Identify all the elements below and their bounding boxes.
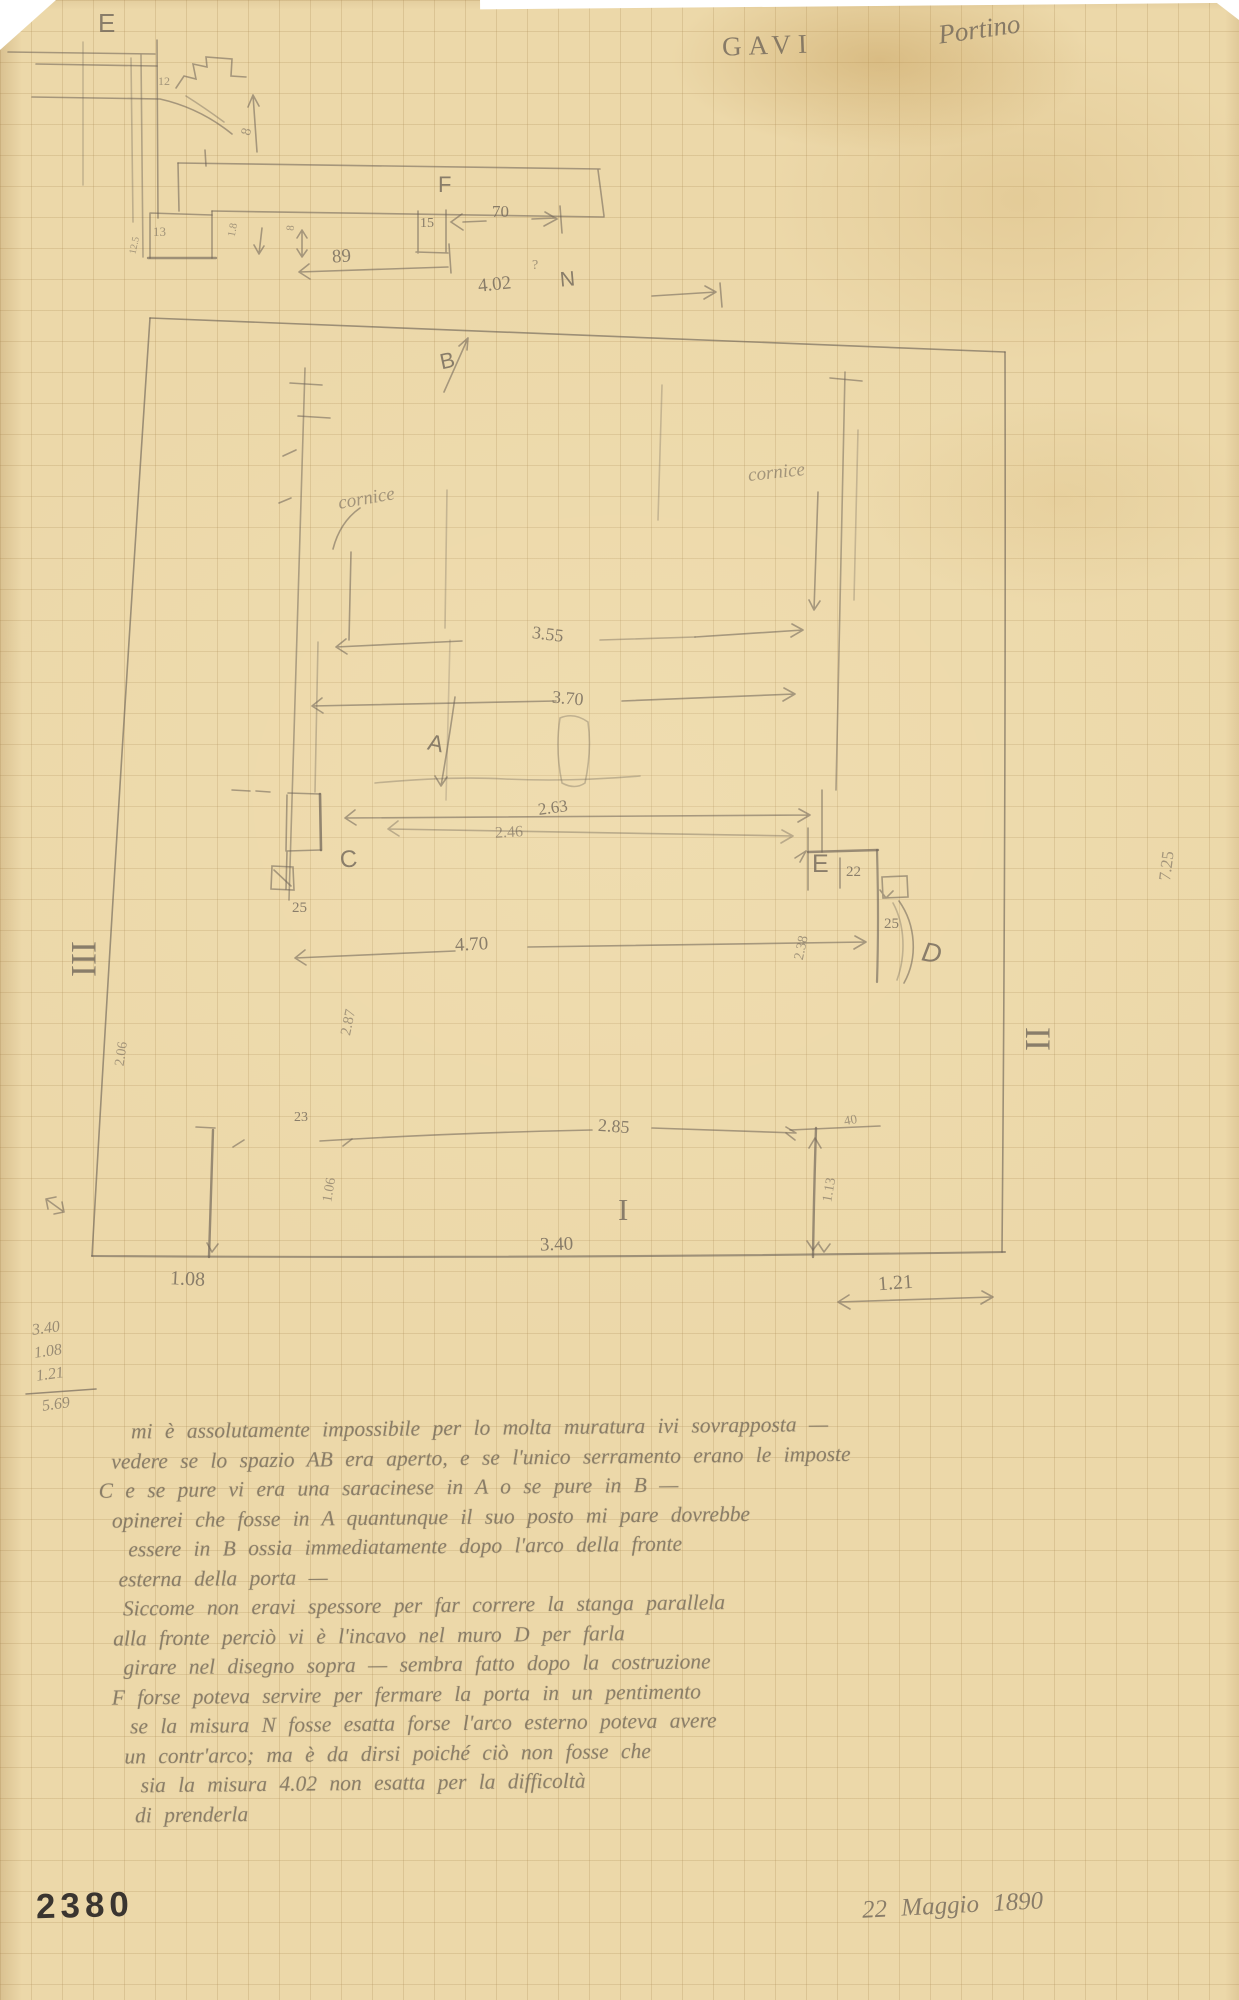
dim-70: 70 — [492, 202, 509, 222]
dim-7-25: 7.25 — [1155, 850, 1178, 882]
title-gavi: GAVI — [721, 28, 814, 62]
sum-addend-2: 1.08 — [33, 1341, 63, 1363]
dim-4-70: 4.70 — [454, 933, 488, 957]
label-i: I — [618, 1192, 628, 1228]
dim-12: 12 — [158, 74, 170, 89]
dim-3-40: 3.40 — [540, 1233, 574, 1256]
dim-3-55: 3.55 — [531, 622, 565, 647]
sum-addend-1: 3.40 — [31, 1318, 61, 1340]
dim-1-21: 1.21 — [877, 1271, 914, 1296]
label-c: C — [339, 845, 359, 874]
label-f: F — [438, 172, 451, 198]
label-ii-margin: II — [1017, 1027, 1059, 1051]
label-e-top: E — [98, 8, 115, 39]
dim-8b: 8 — [285, 225, 297, 232]
sum-addend-3: 1.21 — [35, 1364, 65, 1386]
dim-3-70: 3.70 — [551, 687, 584, 711]
dim-2-63: 2.63 — [537, 796, 569, 820]
question-mark: ? — [532, 258, 538, 274]
dim-13: 13 — [153, 224, 166, 240]
dim-25-left: 25 — [292, 900, 307, 917]
dim-25-right: 25 — [884, 916, 899, 933]
handwritten-notes: mi è assolutamente impossibile per lo mo… — [93, 1406, 1202, 1831]
dim-1-08: 1.08 — [169, 1267, 205, 1292]
dim-2-46: 2.46 — [495, 823, 524, 842]
dim-22: 22 — [846, 864, 861, 881]
archive-number-stamp: 2380 — [35, 1885, 134, 1928]
dim-2-85: 2.85 — [597, 1115, 630, 1138]
dim-15: 15 — [420, 216, 434, 232]
dim-2-06: 2.06 — [113, 1041, 132, 1067]
dim-40: 40 — [843, 1111, 859, 1129]
label-e-pier: E — [812, 850, 829, 879]
label-n: N — [559, 267, 576, 292]
dim-23: 23 — [294, 1110, 308, 1126]
dim-89: 89 — [331, 245, 351, 268]
dim-1-8: 1.8 — [226, 222, 240, 238]
scanned-drawing-page: E GAVI Portino 12 8 F 15 70 13 12.5 1.8 … — [0, 0, 1239, 2000]
sum-total: 5.69 — [41, 1394, 71, 1416]
dim-4-02: 4.02 — [477, 272, 512, 297]
label-iii-margin: III — [63, 941, 105, 977]
